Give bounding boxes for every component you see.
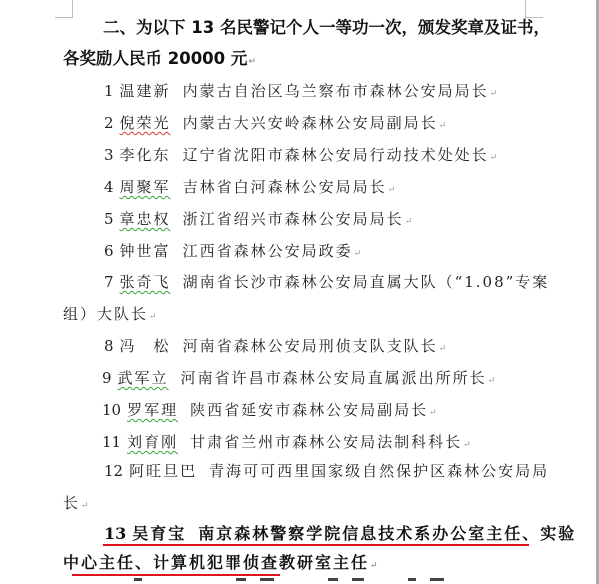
heading-line-2: 各奖励人民币 20000 元↵ bbox=[63, 49, 256, 72]
paragraph-mark-icon: ↵ bbox=[405, 217, 413, 227]
item-title-continued: 组）大队长 bbox=[63, 305, 148, 323]
item-title-continued: 中心主任、计算机犯罪侦查教研室主任 bbox=[63, 553, 369, 572]
heading-line-1: 二、为以下 13 名民警记个人一等功一次，颁发奖章及证书， bbox=[103, 18, 550, 38]
list-item-highlighted: 13吴育宝南京森林警察学院信息技术系办公室主任、实验 bbox=[104, 524, 576, 544]
item-number: 6 bbox=[104, 242, 114, 260]
item-number: 8 bbox=[104, 337, 114, 355]
item-number: 1 bbox=[104, 82, 114, 100]
list-item: 10罗军理陕西省延安市森林公安局副局长↵ bbox=[102, 400, 437, 423]
paragraph-mark-icon: ↵ bbox=[488, 376, 496, 386]
item-title: 湖南省长沙市森林公安局直属大队（“1.08”专案 bbox=[183, 273, 550, 291]
margin-corner-mark-left bbox=[55, 0, 73, 18]
paragraph-mark-icon: ↵ bbox=[248, 57, 256, 67]
list-item: 3李化东辽宁省沈阳市森林公安局行动技术处处长↵ bbox=[104, 145, 497, 168]
item-number: 9 bbox=[102, 369, 112, 387]
item-number: 12 bbox=[104, 462, 123, 480]
item-number: 11 bbox=[102, 433, 121, 451]
list-item: 4周聚军吉林省白河森林公安局局长↵ bbox=[104, 177, 395, 200]
paragraph-mark-icon: ↵ bbox=[388, 185, 396, 195]
paragraph-mark-icon: ↵ bbox=[439, 121, 447, 131]
item-title: 内蒙古大兴安岭森林公安局副局长 bbox=[183, 114, 438, 132]
item-name: 罗军理 bbox=[127, 401, 178, 419]
item-name: 张奇飞 bbox=[120, 273, 171, 291]
paragraph-mark-icon: ↵ bbox=[81, 501, 89, 511]
heading-text-2: 各奖励人民币 20000 元 bbox=[63, 49, 247, 68]
paragraph-mark-icon: ↵ bbox=[463, 440, 471, 450]
item-title: 内蒙古自治区乌兰察布市森林公安局局长 bbox=[183, 82, 489, 100]
paragraph-mark-icon: ↵ bbox=[490, 89, 498, 99]
item-name: 李化东 bbox=[120, 146, 171, 164]
heading-text-1: 二、为以下 13 名民警记个人一等功一次，颁发奖章及证书， bbox=[103, 18, 550, 37]
item-title: 辽宁省沈阳市森林公安局行动技术处处长 bbox=[183, 146, 489, 164]
paragraph-mark-icon: ↵ bbox=[149, 312, 157, 322]
item-title: 浙江省绍兴市森林公安局局长 bbox=[183, 210, 404, 228]
paragraph-mark-icon: ↵ bbox=[439, 344, 447, 354]
list-item: 8冯 松河南省森林公安局刑侦支队支队长↵ bbox=[104, 336, 446, 359]
item-number: 2 bbox=[104, 114, 114, 132]
item-title: 江西省森林公安局政委 bbox=[183, 242, 353, 260]
list-item-continuation: 长↵ bbox=[63, 493, 89, 516]
item-title: 南京森林警察学院信息技术系办公室主任、实验 bbox=[198, 524, 576, 543]
item-name: 温建新 bbox=[120, 82, 171, 100]
list-item-continuation-highlighted: 中心主任、计算机犯罪侦查教研室主任↵ bbox=[63, 553, 378, 576]
list-item: 11刘育刚甘肃省兰州市森林公安局法制科科长↵ bbox=[102, 432, 471, 455]
list-item: 12阿旺旦巴青海可可西里国家级自然保护区森林公安局局 bbox=[104, 461, 549, 481]
item-name: 章忠权 bbox=[120, 210, 171, 228]
item-name: 武军立 bbox=[118, 369, 169, 387]
item-name: 钟世富 bbox=[120, 242, 171, 260]
list-item: 9武军立河南省许昌市森林公安局直属派出所所长↵ bbox=[102, 368, 495, 391]
list-item-continuation: 组）大队长↵ bbox=[63, 304, 157, 327]
item-name: 倪荣光 bbox=[120, 114, 171, 132]
item-title: 河南省森林公安局刑侦支队支队长 bbox=[183, 337, 438, 355]
item-name: 阿旺旦巴 bbox=[129, 462, 197, 480]
list-item: 1温建新内蒙古自治区乌兰察布市森林公安局局长↵ bbox=[104, 81, 497, 104]
item-number: 3 bbox=[104, 146, 114, 164]
item-number: 4 bbox=[104, 178, 114, 196]
document-page[interactable]: 二、为以下 13 名民警记个人一等功一次，颁发奖章及证书， 各奖励人民币 200… bbox=[0, 0, 595, 584]
paragraph-mark-icon: ↵ bbox=[370, 561, 378, 571]
item-number: 10 bbox=[102, 401, 121, 419]
list-item: 6钟世富江西省森林公安局政委↵ bbox=[104, 241, 361, 264]
margin-corner-mark-right bbox=[525, 0, 543, 18]
list-item: 5章忠权浙江省绍兴市森林公安局局长↵ bbox=[104, 209, 412, 232]
red-underline-annotation bbox=[72, 574, 280, 576]
red-underline-annotation bbox=[103, 544, 529, 546]
paragraph-mark-icon: ↵ bbox=[429, 408, 437, 418]
list-item: 2倪荣光内蒙古大兴安岭森林公安局副局长↵ bbox=[104, 113, 446, 136]
item-name: 冯 松 bbox=[120, 337, 171, 355]
item-title: 吉林省白河森林公安局局长 bbox=[183, 178, 387, 196]
list-item: 7张奇飞湖南省长沙市森林公安局直属大队（“1.08”专案 bbox=[104, 272, 549, 292]
item-number: 5 bbox=[104, 210, 114, 228]
item-name: 周聚军 bbox=[120, 178, 171, 196]
item-title: 青海可可西里国家级自然保护区森林公安局局 bbox=[209, 462, 549, 480]
item-title: 河南省许昌市森林公安局直属派出所所长 bbox=[181, 369, 487, 387]
item-name: 吴育宝 bbox=[132, 524, 186, 543]
item-title-continued: 长 bbox=[63, 494, 80, 512]
item-number: 7 bbox=[104, 273, 114, 291]
cut-off-next-line bbox=[60, 578, 530, 584]
item-title: 甘肃省兰州市森林公安局法制科科长 bbox=[190, 433, 462, 451]
item-number: 13 bbox=[104, 524, 126, 543]
item-title: 陕西省延安市森林公安局副局长 bbox=[190, 401, 428, 419]
item-name: 刘育刚 bbox=[127, 433, 178, 451]
paragraph-mark-icon: ↵ bbox=[354, 249, 362, 259]
paragraph-mark-icon: ↵ bbox=[490, 153, 498, 163]
